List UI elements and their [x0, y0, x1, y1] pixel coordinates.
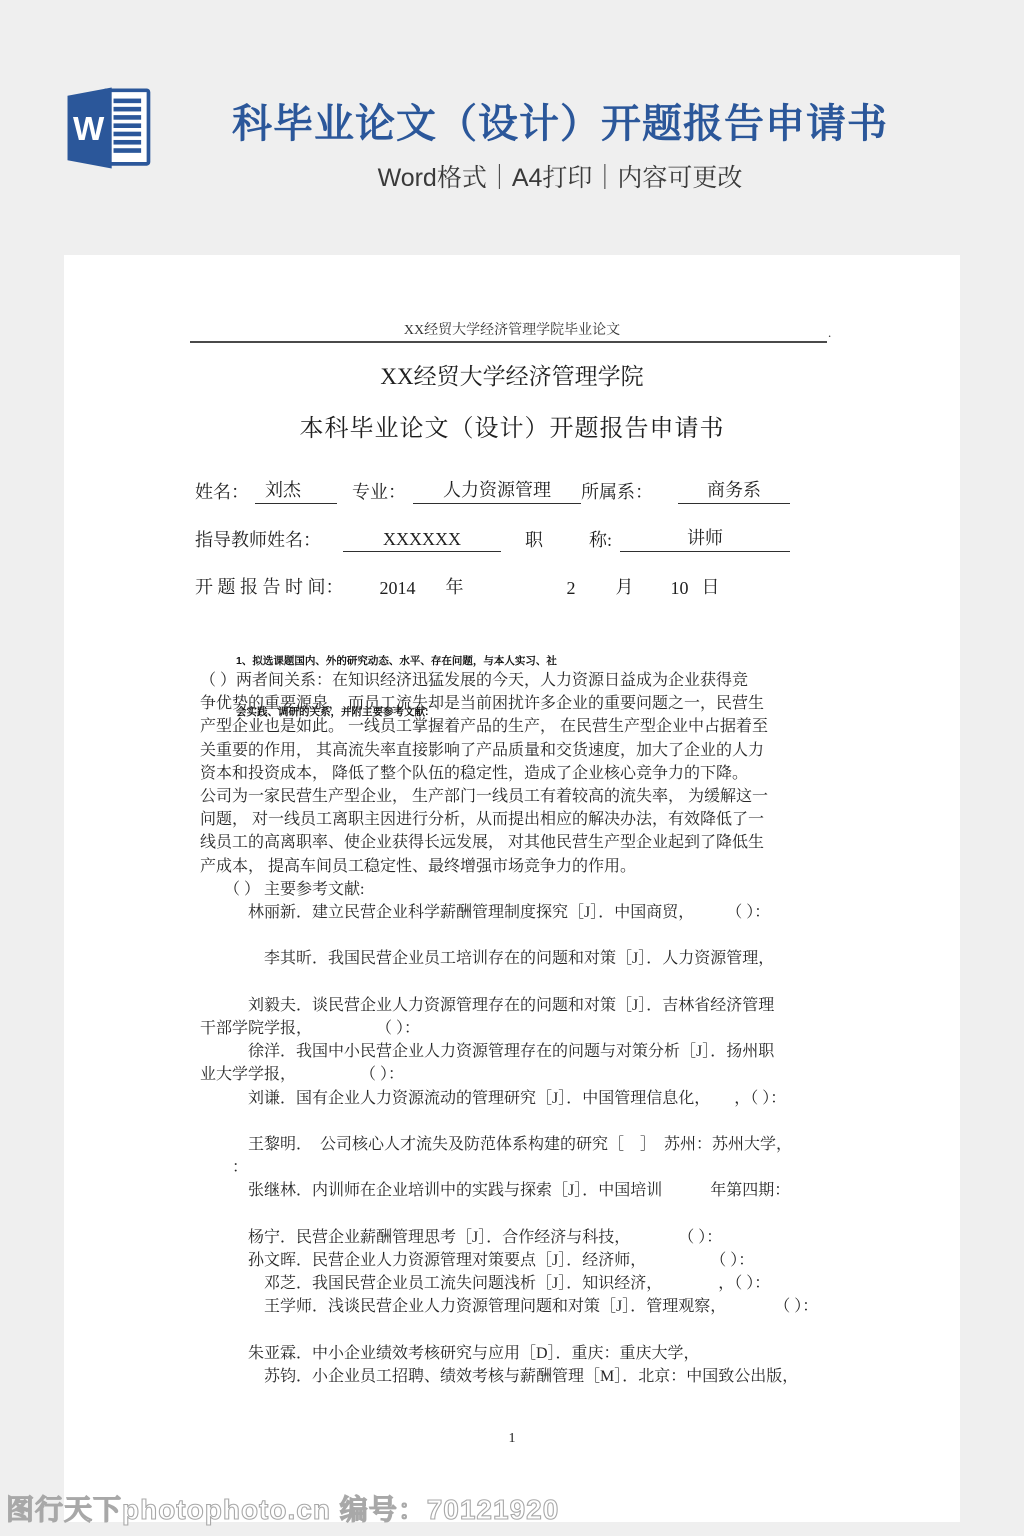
date-day: 10 — [671, 578, 689, 599]
document-text-line: 资本和投资成本， 降低了整个队伍的稳定性，造成了企业核心竞争力的下降。 — [200, 762, 890, 785]
document-text-line: 关重要的作用， 其高流失率直接影响了产品质量和交货速度，加大了企业的人力 — [200, 739, 890, 762]
document-text-line — [200, 924, 890, 947]
running-header: XX经贸大学经济管理学院毕业论文 — [64, 319, 960, 339]
document-text-line: 干部学院学报， （ ）： — [200, 1017, 890, 1040]
document-text-line: 王黎明． 公司核心人才流失及防范体系构建的研究［ ］ 苏州：苏州大学， — [200, 1133, 890, 1156]
document-text-line: 刘毅夫．谈民营企业人力资源管理存在的问题和对策［J］．吉林省经济管理 — [200, 994, 890, 1017]
template-preview-page: W 科毕业论文（设计）开题报告申请书 Word格式｜A4打印｜内容可更改 XX经… — [0, 0, 1024, 1536]
header-rule-mark: . — [828, 325, 831, 341]
document-text-line: （ ）两者间关系：在知识经济迅猛发展的今天，人力资源日益成为企业获得竞 — [200, 669, 890, 692]
document-text-line: 孙文晖．民营企业人力资源管理对策要点［J］．经济师， （ ）： — [200, 1249, 890, 1272]
major-label: 专业： — [352, 478, 406, 504]
document-text-line: 张继林．内训师在企业培训中的实践与探索［J］．中国培训 年第四期： — [200, 1179, 890, 1202]
watermark: 图行天下photophoto.cn 编号：70121920 — [6, 1488, 559, 1528]
page-number: 1 — [64, 1431, 960, 1447]
doc-title: 本科毕业论文（设计）开题报告申请书 — [64, 408, 960, 443]
document-text-line — [200, 971, 890, 994]
year-unit: 年 — [446, 573, 464, 599]
document-page: XX经贸大学经济管理学院毕业论文 . XX经贸大学经济管理学院 本科毕业论文（设… — [64, 255, 960, 1522]
banner-subtitle: Word格式｜A4打印｜内容可更改 — [160, 158, 960, 194]
document-text-line: 线员工的高离职率、使企业获得长远发展， 对其他民营生产型企业起到了降低生 — [200, 831, 890, 854]
document-text-line: 业大学学报， （ ）： — [200, 1063, 890, 1086]
banner-title: 科毕业论文（设计）开题报告申请书 — [160, 92, 960, 149]
document-text-line: 刘谦．国有企业人力资源流动的管理研究［J］．中国管理信息化， ，（ ）： — [200, 1087, 890, 1110]
form-row-date: 开 题 报 告 时 间： 2014 年 2 月 10 日 — [195, 573, 720, 599]
document-text-line — [200, 1203, 890, 1226]
school-title: XX经贸大学经济管理学院 — [64, 358, 960, 391]
form-row-name: 姓名： 刘杰 专业： 人力资源管理 所属系： 商务系 — [195, 476, 790, 504]
document-text-line: 徐洋．我国中小民营企业人力资源管理存在的问题与对策分析［J］．扬州职 — [200, 1040, 890, 1063]
advisor-label: 指导教师姓名： — [195, 526, 321, 552]
dept-label: 所属系： — [581, 478, 653, 504]
document-text-line: （ ） 主要参考文献: — [200, 878, 890, 901]
document-text-line: 李其昕．我国民营企业员工培训存在的问题和对策［J］．人力资源管理， — [200, 947, 890, 970]
rank-label-2: 称: — [589, 526, 612, 552]
dept-field: 商务系 — [678, 476, 790, 504]
document-text-line: 公司为一家民营生产型企业， 生产部门一线员工有着较高的流失率， 为缓解这一 — [200, 785, 890, 808]
rank-field: 讲师 — [620, 524, 790, 552]
section-heading-line1: 1、拟选课题国内、外的研究动态、水平、存在问题，与本人实习、社 — [236, 653, 880, 670]
date-month: 2 — [567, 578, 576, 599]
date-year: 2014 — [380, 578, 416, 599]
document-text-line: 杨宁．民营企业薪酬管理思考［J］．合作经济与科技， （ ）： — [200, 1226, 890, 1249]
rank-label-1: 职 — [525, 526, 543, 552]
form-row-advisor: 指导教师姓名： XXXXXX 职 称: 讲师 — [195, 524, 790, 552]
svg-text:W: W — [73, 111, 105, 148]
document-text-line: 苏钧．小企业员工招聘、绩效考核与薪酬管理［M］．北京：中国致公出版， — [200, 1365, 890, 1388]
document-text-line — [200, 1319, 890, 1342]
document-text-line: 问题， 对一线员工离职主因进行分析，从而提出相应的解决办法，有效降低了一 — [200, 808, 890, 831]
month-unit: 月 — [616, 573, 634, 599]
date-label: 开 题 报 告 时 间： — [195, 573, 344, 599]
document-text-line: 王学师．浅谈民营企业人力资源管理问题和对策［J］．管理观察， （ ）： — [200, 1295, 890, 1318]
day-unit: 日 — [702, 573, 720, 599]
document-text-line — [200, 1110, 890, 1133]
document-text-line: 产型企业也是如此。 一线员工掌握着产品的生产， 在民营生产型企业中占据着至 — [200, 715, 890, 738]
document-text-line: ： — [200, 1156, 890, 1179]
name-label: 姓名： — [195, 478, 249, 504]
word-icon: W — [62, 82, 154, 174]
document-text-line: 邓芝．我国民营企业员工流失问题浅析［J］．知识经济， ，（ ）： — [200, 1272, 890, 1295]
document-text-line: 争优势的重要源泉， 而员工流失却是当前困扰许多企业的重要问题之一，民营生 — [200, 692, 890, 715]
major-field: 人力资源管理 — [413, 476, 581, 504]
document-body: （ ）两者间关系：在知识经济迅猛发展的今天，人力资源日益成为企业获得竞争优势的重… — [200, 669, 890, 1388]
document-text-line: 林丽新．建立民营企业科学薪酬管理制度探究［J］．中国商贸， （ ）： — [200, 901, 890, 924]
name-field: 刘杰 — [255, 476, 337, 504]
document-text-line: 朱亚霖．中小企业绩效考核研究与应用［D］．重庆：重庆大学， — [200, 1342, 890, 1365]
document-text-line: 产成本， 提高车间员工稳定性、最终增强市场竞争力的作用。 — [200, 855, 890, 878]
banner: W 科毕业论文（设计）开题报告申请书 Word格式｜A4打印｜内容可更改 — [0, 0, 1024, 230]
header-rule — [190, 341, 827, 343]
advisor-field: XXXXXX — [343, 529, 501, 552]
